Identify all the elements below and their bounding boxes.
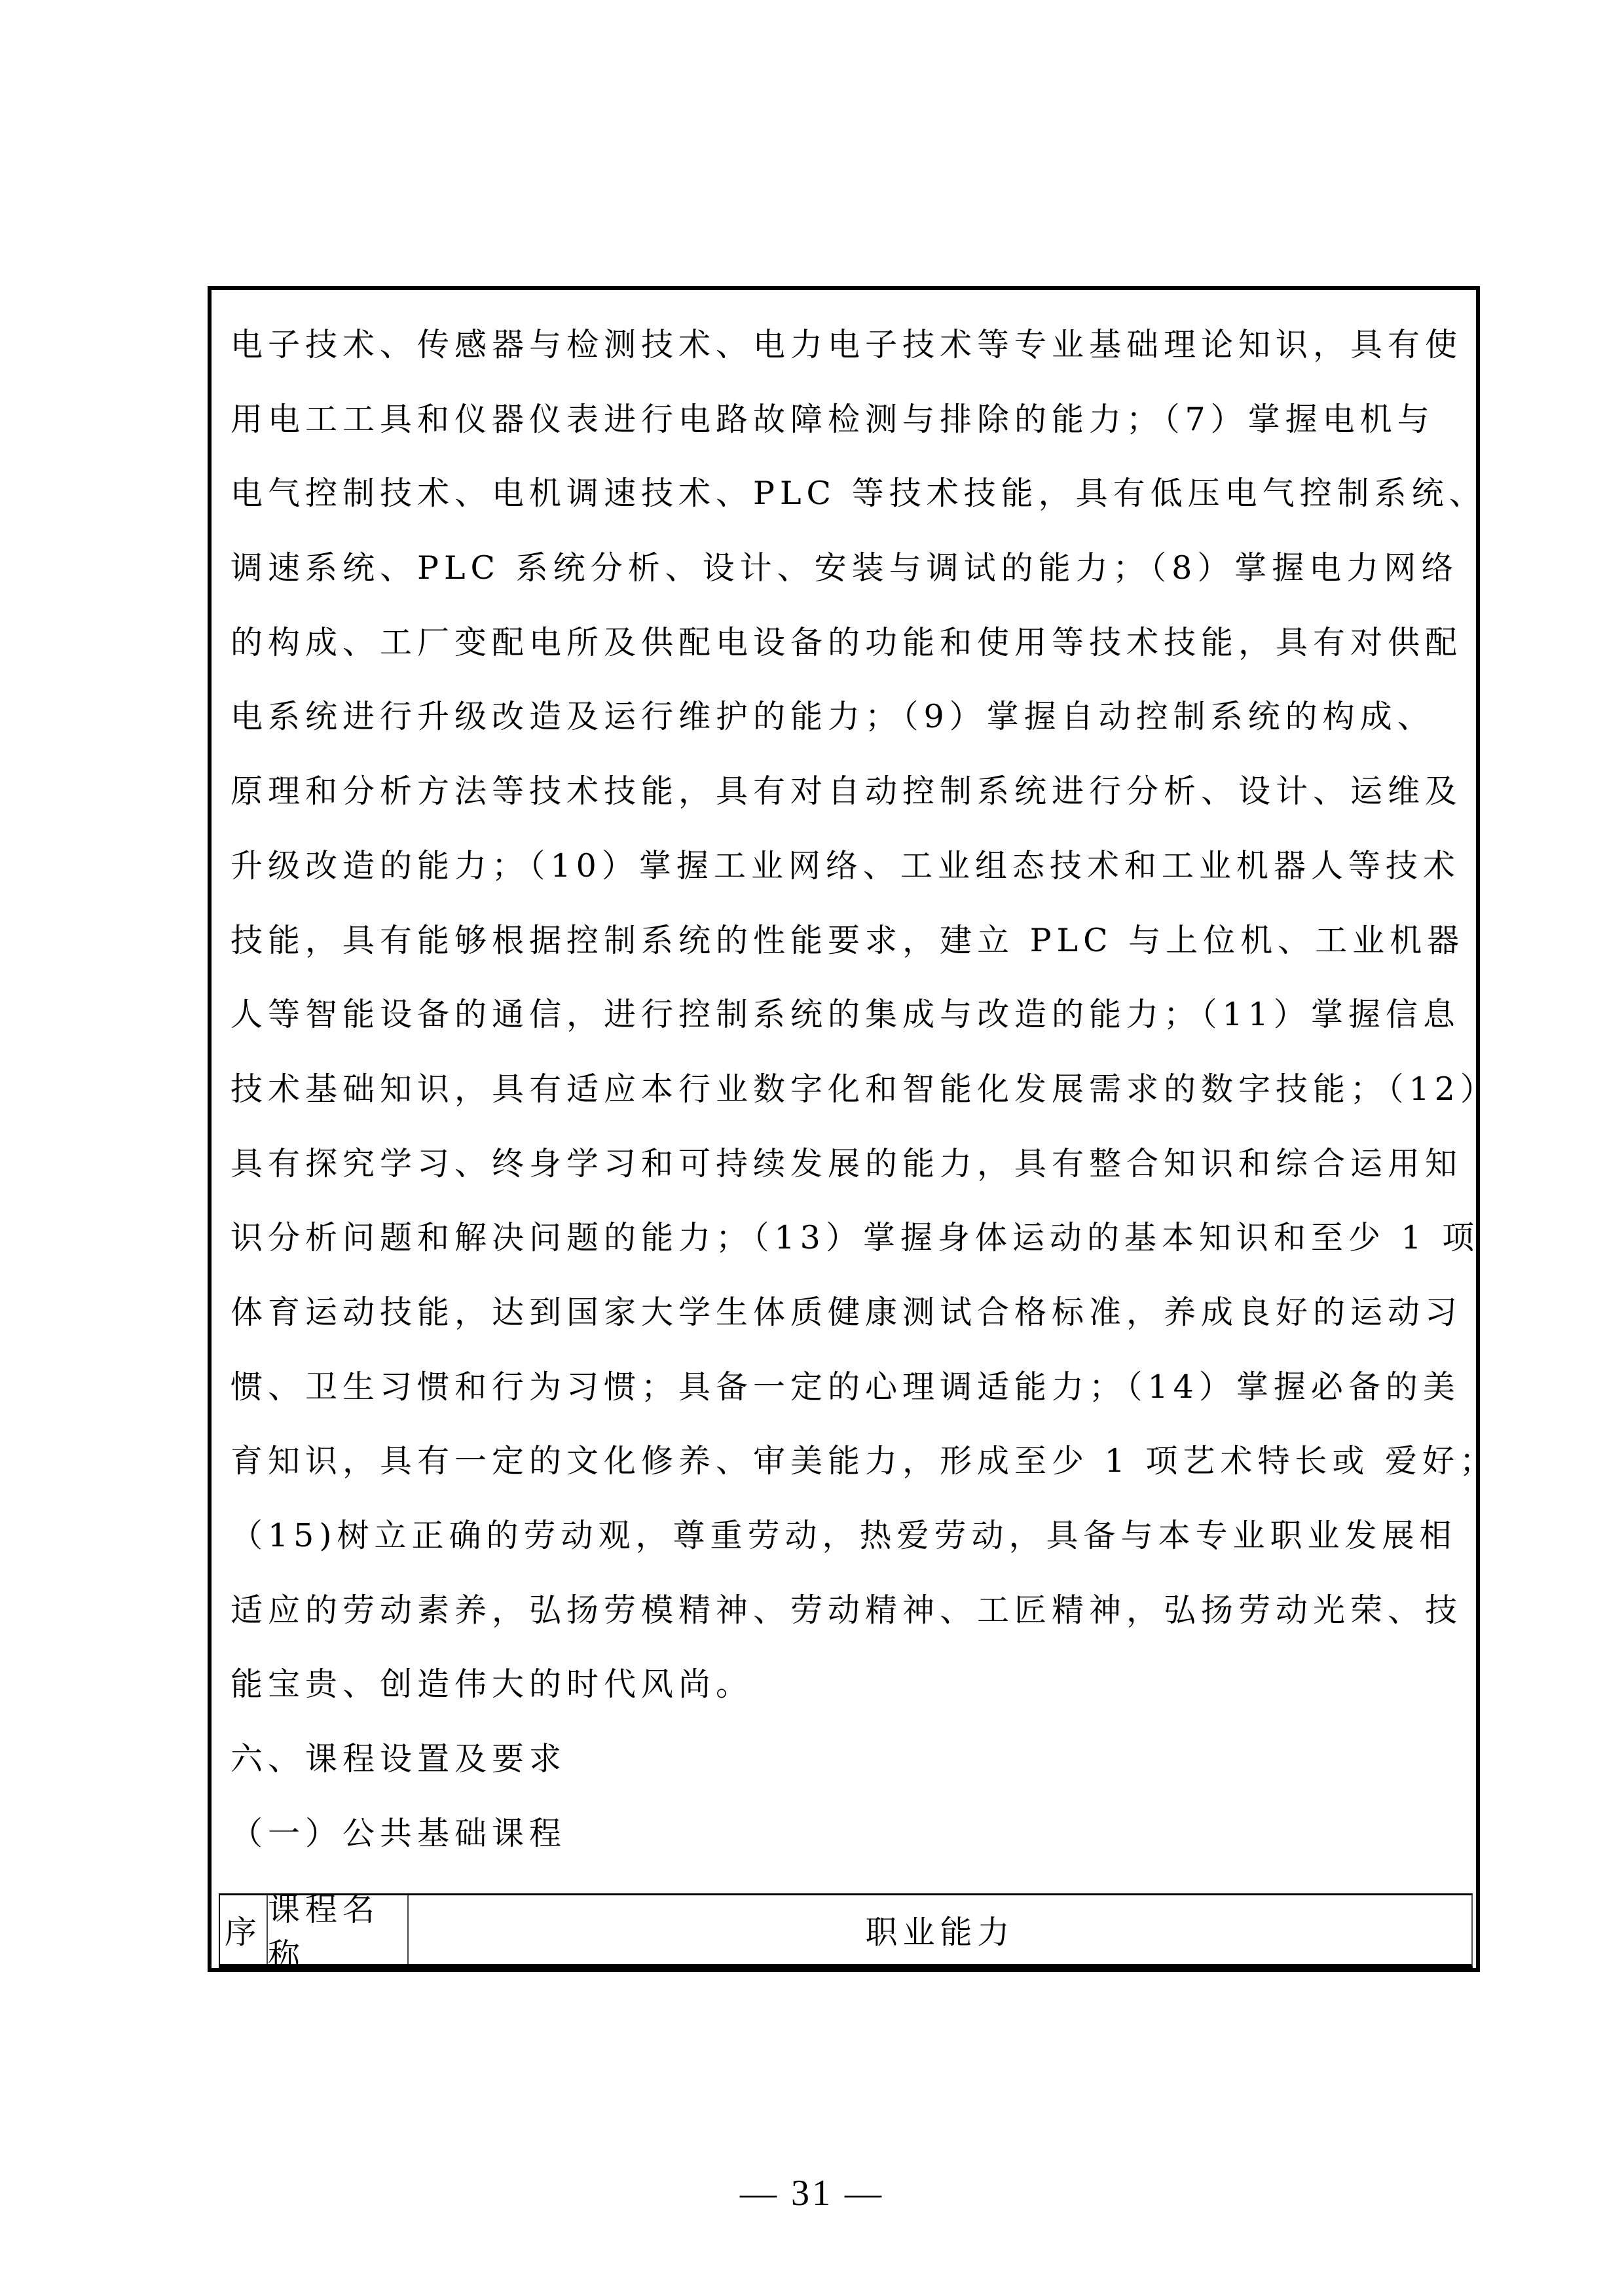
body-line: 具有探究学习、终身学习和可持续发展的能力，具有整合知识和综合运用知 (231, 1127, 1462, 1201)
body-line: 电子技术、传感器与检测技术、电力电子技术等专业基础理论知识，具有使 (231, 308, 1462, 382)
body-line: 育知识，具有一定的文化修养、审美能力，形成至少 1 项艺术特长或 爱好； (231, 1424, 1462, 1499)
body-line: 惯、卫生习惯和行为习惯；具备一定的心理调适能力；（14）掌握必备的美 (231, 1350, 1462, 1425)
header-cell-vocational-ability: 职业能力 (409, 1895, 1471, 1964)
body-line: 用电工工具和仪器仪表进行电路故障检测与排除的能力；（7）掌握电机与 (231, 382, 1462, 457)
body-line: 的构成、工厂变配电所及供配电设备的功能和使用等技术技能，具有对供配 (231, 606, 1462, 680)
course-table-header: 序 课程名称 职业能力 (219, 1893, 1473, 1968)
page-number: — 31 — (0, 2172, 1624, 2214)
body-line: 识分析问题和解决问题的能力；（13）掌握身体运动的基本知识和至少 1 项 (231, 1201, 1462, 1275)
header-cell-index: 序 (220, 1895, 268, 1964)
body-line: 电系统进行升级改造及运行维护的能力；（9）掌握自动控制系统的构成、 (231, 680, 1462, 754)
body-line: 体育运动技能，达到国家大学生体质健康测试合格标准，养成良好的运动习 (231, 1275, 1462, 1350)
body-line: 调速系统、PLC 系统分析、设计、安装与调试的能力；（8）掌握电力网络 (231, 531, 1462, 606)
body-line: 电气控制技术、电机调速技术、PLC 等技术技能，具有低压电气控制系统、 (231, 456, 1462, 531)
body-line: 升级改造的能力；（10）掌握工业网络、工业组态技术和工业机器人等技术 (231, 829, 1462, 903)
body-line: 能宝贵、创造伟大的时代风尚。 (231, 1647, 1462, 1722)
body-line: 原理和分析方法等技术技能，具有对自动控制系统进行分析、设计、运维及 (231, 754, 1462, 829)
body-line: 技术基础知识，具有适应本行业数字化和智能化发展需求的数字技能；（12） (231, 1052, 1462, 1127)
body-line: 适应的劳动素养，弘扬劳模精神、劳动精神、工匠精神，弘扬劳动光荣、技 (231, 1573, 1462, 1648)
header-cell-course-name: 课程名称 (268, 1895, 409, 1964)
section-heading: 六、课程设置及要求 (231, 1722, 1462, 1796)
document-body: 电子技术、传感器与检测技术、电力电子技术等专业基础理论知识，具有使 用电工工具和… (231, 308, 1462, 1870)
body-line: 技能，具有能够根据控制系统的性能要求，建立 PLC 与上位机、工业机器 (231, 903, 1462, 978)
subsection-heading: （一）公共基础课程 (231, 1796, 1462, 1871)
body-line: （15)树立正确的劳动观，尊重劳动，热爱劳动，具备与本专业职业发展相 (231, 1499, 1462, 1573)
body-line: 人等智能设备的通信，进行控制系统的集成与改造的能力；（11）掌握信息 (231, 977, 1462, 1052)
